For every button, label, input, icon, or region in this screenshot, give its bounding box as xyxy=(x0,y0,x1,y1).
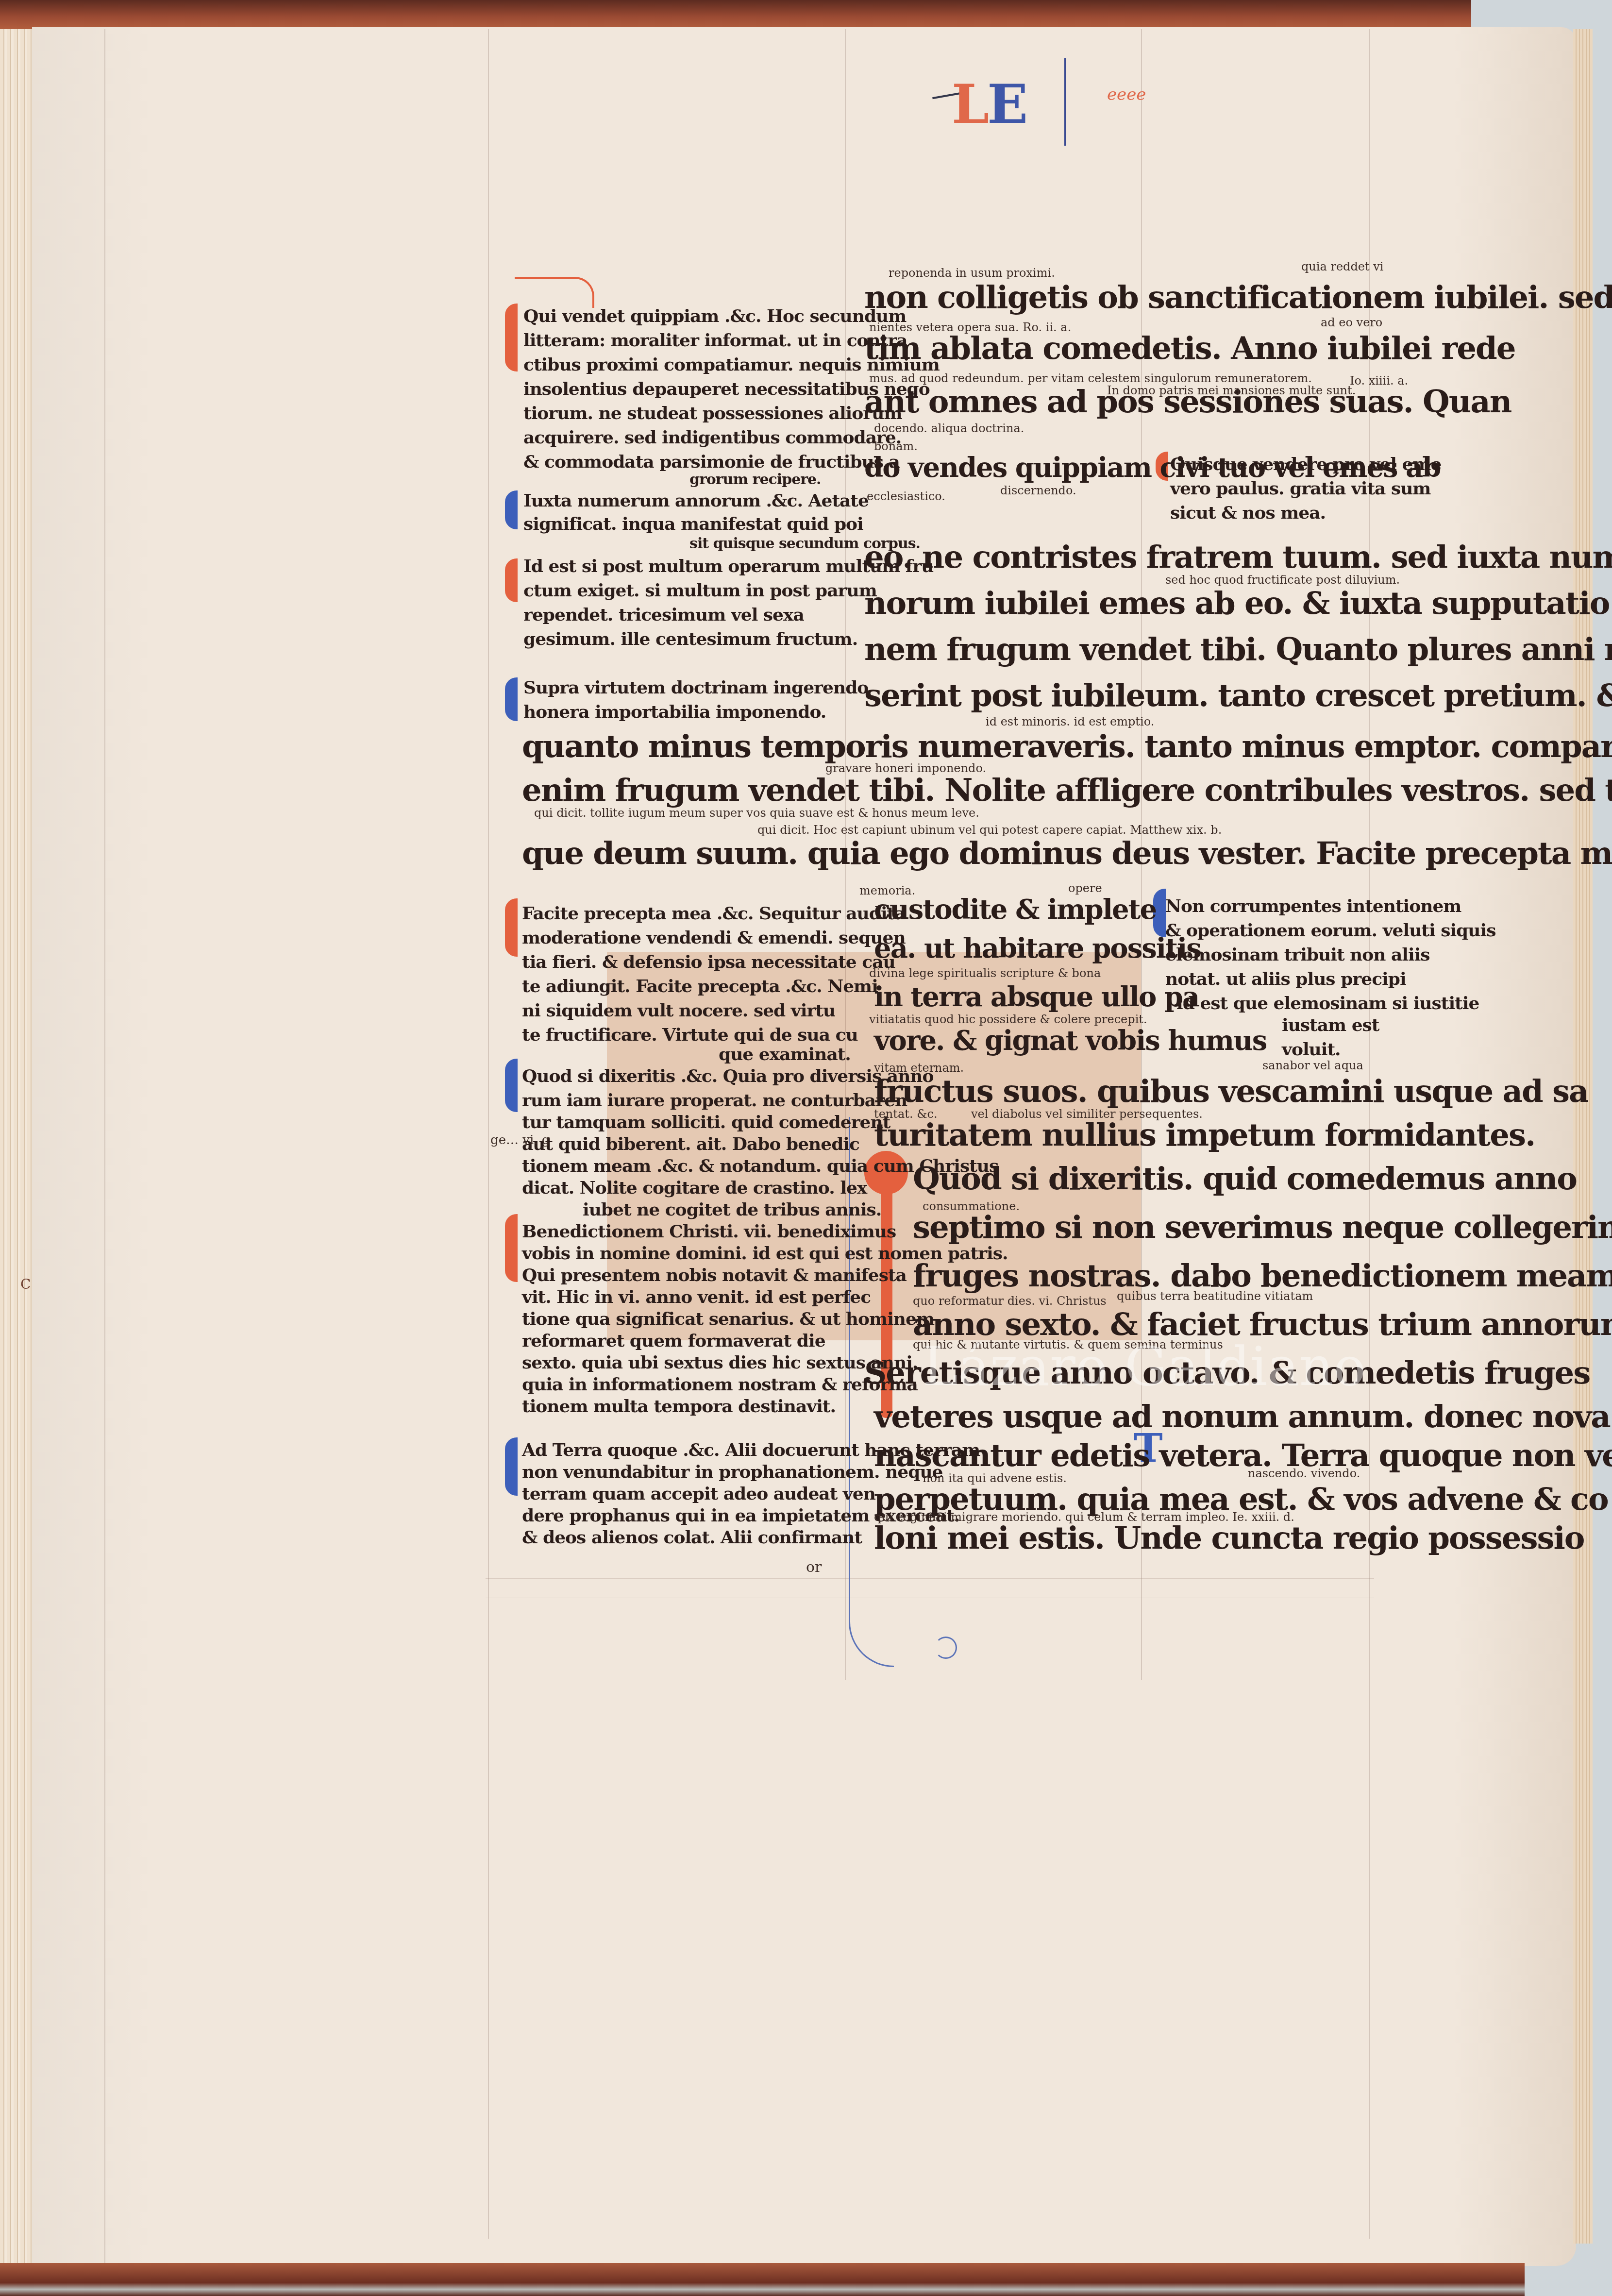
gloss-line: terram quam accepit adeo audeat ven xyxy=(522,1484,875,1504)
gloss-line: vero paulus. gratia vita sum xyxy=(1170,478,1430,499)
text-line: non colligetis ob sanctificationem iubil… xyxy=(864,279,1612,316)
penwork-spiral xyxy=(935,1637,957,1659)
text-line: Quod si dixeritis. quid comedemus anno xyxy=(913,1161,1577,1197)
running-head: LE xyxy=(952,73,1026,135)
gloss-line: Qui vendet quippiam .&c. Hoc secundum xyxy=(523,306,906,326)
interlinear-gloss: qui cogimini migrare moriendo. qui celum… xyxy=(874,1510,1294,1524)
gloss-line: sexto. quia ubi sextus dies hic sextus a… xyxy=(522,1352,918,1373)
text-line: nem frugum vendet tibi. Quanto plures an… xyxy=(864,631,1612,668)
gloss-line: tione qua significat senarius. & ut homi… xyxy=(522,1309,934,1329)
catchword: or xyxy=(806,1559,822,1576)
blue-initial-q xyxy=(505,1059,518,1112)
interlinear-gloss: bonam. xyxy=(874,439,918,453)
running-head-ornament: eeee xyxy=(1107,85,1146,104)
gloss-line: quia in informationem nostram & reforma xyxy=(522,1374,918,1395)
gloss-line: Supra virtutem doctrinam ingerendo xyxy=(523,677,868,698)
interlinear-gloss: vel diabolus vel similiter persequentes. xyxy=(971,1107,1203,1121)
interlinear-gloss: quia reddet vi xyxy=(1301,260,1384,273)
blue-initial-i xyxy=(505,490,518,529)
text-line: fructus suos. quibus vescamini usque ad … xyxy=(874,1073,1588,1110)
gloss-line: Quisque vendere pro vel eme xyxy=(1170,454,1441,474)
gloss-line: tionem meam .&c. & notandum. quia cum Ch… xyxy=(522,1156,998,1176)
red-initial-b xyxy=(505,1214,518,1282)
text-line: quanto minus temporis numeraveris. tanto… xyxy=(522,728,1612,765)
interlinear-gloss: vitam eternam. xyxy=(874,1061,964,1075)
interlinear-gloss: ecclesiastico. xyxy=(867,490,945,503)
gloss-line: rependet. tricesimum vel sexa xyxy=(523,605,804,625)
running-head-letter-l: L xyxy=(952,73,987,135)
interlinear-gloss: qui dicit. Hoc est capiunt ubinum vel qu… xyxy=(757,823,1222,837)
gloss-line: significat. inqua manifestat quid poi xyxy=(523,514,863,534)
interlinear-gloss: qui dicit. tollite iugum meum super vos … xyxy=(534,806,979,820)
interlinear-gloss: vitiatatis quod hic possidere & colere p… xyxy=(869,1013,1147,1026)
margin-note: ge… vi. g xyxy=(490,1133,550,1148)
interlinear-gloss: tentat. &c. xyxy=(874,1107,938,1121)
interlinear-gloss: non ita qui advene estis. xyxy=(923,1471,1067,1485)
gloss-line: tionem multa tempora destinavit. xyxy=(522,1396,836,1417)
gloss-line: voluit. xyxy=(1282,1039,1341,1060)
gloss-line: iustam est xyxy=(1282,1015,1379,1035)
gloss-line: tia fieri. & defensio ipsa necessitate c… xyxy=(522,952,895,972)
gloss-line: gesimum. ille centesimum fructum. xyxy=(523,629,857,649)
blue-initial-s xyxy=(505,677,518,721)
gloss-line: vobis in nomine domini. id est qui est n… xyxy=(522,1243,1007,1264)
interlinear-gloss: quibus terra beatitudine vitiatam xyxy=(1117,1289,1313,1303)
gloss-line: aut quid biberent. ait. Dabo benedic xyxy=(522,1134,859,1154)
interlinear-gloss: divina lege spiritualis scripture & bona xyxy=(869,966,1101,980)
interlinear-gloss: consummatione. xyxy=(923,1199,1020,1213)
text-line: custodite & implete xyxy=(874,894,1156,926)
gloss-line: Non corrumpentes intentionem xyxy=(1165,896,1461,916)
text-line: tim ablata comedetis. Anno iubilei rede xyxy=(864,330,1515,367)
gloss-line: Iuxta numerum annorum .&c. Aetate xyxy=(523,490,869,511)
interlinear-gloss: memoria. xyxy=(859,884,915,897)
text-line: turitatem nullius impetum formidantes. xyxy=(874,1117,1535,1153)
red-initial-f xyxy=(505,898,518,957)
gloss-line: ni siquidem vult nocere. sed virtu xyxy=(522,1000,835,1021)
gloss-line: moderatione vendendi & emendi. sequen xyxy=(522,928,906,948)
red-initial-q xyxy=(505,304,518,371)
text-line: enim frugum vendet tibi. Nolite affliger… xyxy=(522,772,1612,809)
text-line: nascantur edetis vetera. Terra quoque no… xyxy=(874,1437,1612,1474)
gloss-line: Benedictionem Christi. vii. benediximus xyxy=(522,1221,896,1242)
gloss-line: litteram: moraliter informat. ut in cont… xyxy=(523,330,907,351)
book-cover-top-edge xyxy=(0,0,1471,30)
interlinear-gloss: nascendo. vivendo. xyxy=(1248,1467,1360,1480)
gloss-line: iubet ne cogitet de tribus annis. xyxy=(583,1199,881,1220)
gloss-line: ctum exiget. si multum in post parum xyxy=(523,580,877,601)
interlinear-gloss: ad eo vero xyxy=(1321,316,1382,329)
text-line: serint post iubileum. tanto crescet pret… xyxy=(864,677,1612,714)
gloss-line: Facite precepta mea .&c. Sequitur audita xyxy=(522,903,906,924)
gloss-line: & operationem eorum. veluti siquis xyxy=(1165,920,1495,941)
gloss-line: & commodata parsimonie de fructibus a xyxy=(523,452,900,472)
gloss-line: grorum recipere. xyxy=(689,471,821,488)
interlinear-gloss: gravare honeri imponendo. xyxy=(825,761,986,775)
gloss-line: non venundabitur in prophanationem. nequ… xyxy=(522,1462,942,1482)
gloss-line: vit. Hic in vi. anno venit. id est perfe… xyxy=(522,1287,871,1307)
text-line: eo. ne contristes fratrem tuum. sed iuxt… xyxy=(864,539,1612,575)
gloss-line: Ad Terra quoque .&c. Alii docuerunt hanc… xyxy=(522,1440,980,1460)
gloss-line: honera importabilia imponendo. xyxy=(523,702,826,722)
gloss-line: que examinat. xyxy=(719,1044,851,1064)
running-head-letter-e: E xyxy=(987,73,1026,135)
book-cover-bottom-edge xyxy=(0,2263,1525,2296)
watermark-text: Lázaro Galdiano xyxy=(923,1335,1366,1398)
gloss-line: Qui presentem nobis notavit & manifesta xyxy=(522,1265,907,1285)
gloss-line: te adiungit. Facite precepta .&c. Nemi xyxy=(522,976,878,996)
gloss-line: reformaret quem formaverat die xyxy=(522,1331,825,1351)
interlinear-gloss: In domo patris mei mansiones multe sunt. xyxy=(1107,384,1356,397)
interlinear-gloss: quo reformatur dies. vi. Christus xyxy=(913,1294,1107,1308)
gloss-line: elemosinam tribuit non aliis xyxy=(1165,945,1430,965)
gloss-line: . id est que elemosinam si iustitie xyxy=(1165,993,1479,1013)
interlinear-gloss: docendo. aliqua doctrina. xyxy=(874,422,1024,435)
interlinear-gloss: Io. xiiii. a. xyxy=(1350,374,1408,388)
gloss-line: dicat. Nolite cogitare de crastino. lex xyxy=(522,1178,867,1198)
ruling-line xyxy=(104,29,105,2263)
red-initial-id xyxy=(505,558,518,602)
text-line: septimo si non severimus neque collegeri… xyxy=(913,1209,1612,1246)
gloss-line: tur tamquam solliciti. quid comederent xyxy=(522,1112,890,1132)
gloss-line: notat. ut aliis plus precipi xyxy=(1165,969,1406,989)
gloss-line: acquirere. sed indigentibus commodare. xyxy=(523,427,901,448)
ruling-line xyxy=(486,1598,1374,1598)
text-line: loni mei estis. Unde cuncta regio posses… xyxy=(874,1520,1584,1556)
running-head-bar xyxy=(1064,58,1066,146)
gloss-line: tiorum. ne studeat possessiones aliorum xyxy=(523,403,902,423)
text-line: fruges nostras. dabo benedictionem meam … xyxy=(913,1258,1612,1294)
page-stack-left xyxy=(0,29,34,2268)
text-line: ea. ut habitare possitis xyxy=(874,932,1201,964)
initial-flourish xyxy=(515,277,594,308)
interlinear-gloss: sed hoc quod fructificate post diluvium. xyxy=(1165,573,1400,587)
interlinear-gloss: nientes vetera opera sua. Ro. ii. a. xyxy=(869,321,1071,334)
gloss-line: sicut & nos mea. xyxy=(1170,503,1326,523)
gloss-line: & deos alienos colat. Alii confirmant xyxy=(522,1527,862,1548)
fore-edge xyxy=(1573,29,1593,2244)
gloss-line: Quod si dixeritis .&c. Quia pro diversis… xyxy=(522,1066,934,1086)
text-line: in terra absque ullo pa xyxy=(874,981,1199,1013)
text-line: vore. & gignat vobis humus xyxy=(874,1025,1266,1057)
interlinear-gloss: sanabor vel aqua xyxy=(1262,1059,1363,1072)
interlinear-gloss: discernendo. xyxy=(1000,484,1076,497)
interlinear-gloss: mus. ad quod redeundum. per vitam celest… xyxy=(869,371,1312,385)
left-edge-mark: C xyxy=(20,1276,31,1292)
ruling-line xyxy=(486,1578,1374,1579)
interlinear-gloss: id est minoris. id est emptio. xyxy=(986,715,1154,728)
interlinear-gloss: opere xyxy=(1068,881,1102,895)
text-line: que deum suum. quia ego dominus deus ves… xyxy=(522,835,1612,872)
interlinear-gloss: reponenda in usum proximi. xyxy=(889,266,1055,280)
ruling-line xyxy=(488,29,489,2239)
gloss-line: te fructificare. Virtute qui de sua cu xyxy=(522,1025,858,1045)
gloss-line: rum iam iurare properat. ne conturbaren xyxy=(522,1090,907,1111)
text-line: veteres usque ad nonum annum. donec nova xyxy=(874,1399,1610,1435)
blue-initial-a xyxy=(505,1437,518,1496)
text-line: norum iubilei emes ab eo. & iuxta supput… xyxy=(864,585,1609,622)
